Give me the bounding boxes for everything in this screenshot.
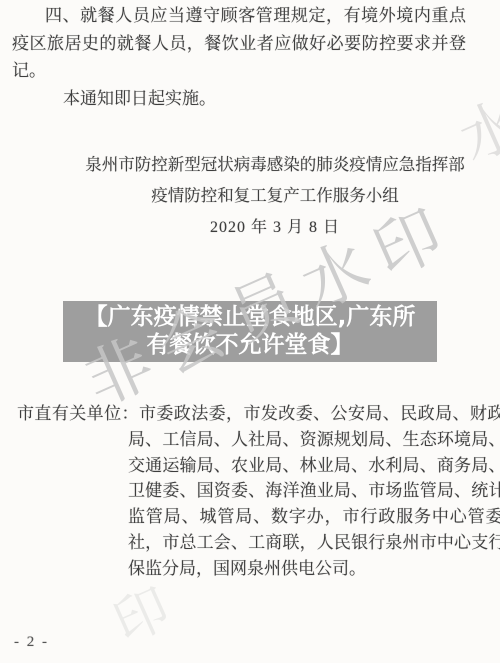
- scanned-notice-page: 四、就餐人员应当遵守顾客管理规定，有境外境内重点疫区旅居史的就餐人员，餐饮业者应…: [0, 0, 500, 663]
- issue-date: 2020 年 3 月 8 日: [70, 212, 480, 243]
- notice-clause-4-text: 四、就餐人员应当遵守顾客管理规定，有境外境内重点疫区旅居史的就餐人员，餐饮业者应…: [12, 2, 466, 85]
- page-number: - 2 -: [14, 634, 49, 651]
- highlight-banner-text: 【广东疫情禁止堂食地区,广东所有餐饮不允许堂食】: [75, 304, 425, 359]
- notice-body-top: 四、就餐人员应当遵守顾客管理规定，有境外境内重点疫区旅居史的就餐人员，餐饮业者应…: [12, 2, 466, 112]
- signature-block: 泉州市防控新型冠状病毒感染的肺炎疫情应急指挥部 疫情防控和复工复产工作服务小组 …: [70, 149, 480, 243]
- cc-units-paragraph: 市直有关单位：市委政法委，市发改委、公安局、民政局、财政局、科技局、工信局、人社…: [17, 401, 500, 582]
- cc-units-content: 市委政法委，市发改委、公安局、民政局、财政局、科技局、工信局、人社局、资源规划局…: [128, 404, 500, 578]
- cc-units-label: 市直有关单位：: [17, 404, 139, 423]
- notice-effective-text: 本通知即日起实施。: [12, 85, 466, 113]
- highlight-banner: 【广东疫情禁止堂食地区,广东所有餐饮不允许堂食】: [63, 301, 437, 362]
- issuer-line-2: 疫情防控和复工复产工作服务小组: [70, 180, 480, 211]
- issuer-line-1: 泉州市防控新型冠状病毒感染的肺炎疫情应急指挥部: [70, 149, 480, 180]
